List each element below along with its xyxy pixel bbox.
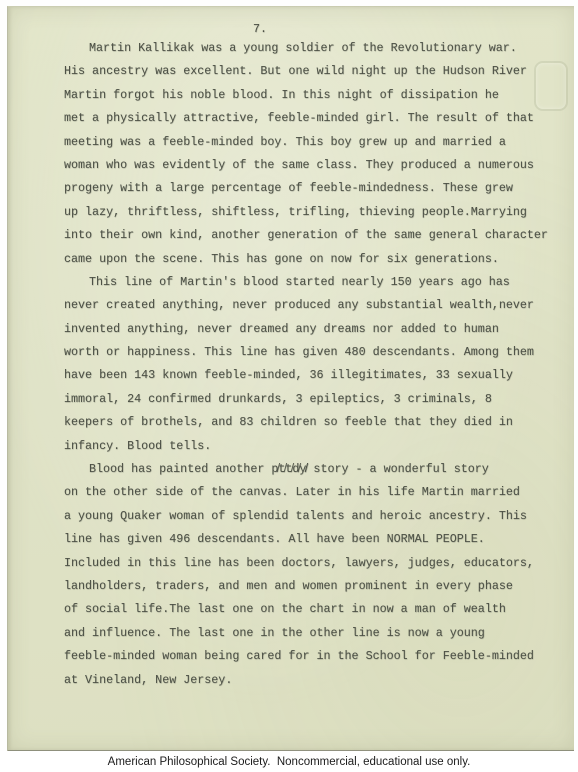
text-line-p2-l3: invented anything, never dreamed any dre… bbox=[64, 318, 564, 341]
text-line-p3-l4: line has given 496 descendants. All have… bbox=[64, 528, 564, 551]
text-line-p2-l6: immoral, 24 confirmed drunkards, 3 epile… bbox=[64, 388, 564, 411]
text-line-p2-l2: never created anything, never produced a… bbox=[64, 294, 564, 317]
text-line-p3-l1: Blood has painted another p̸t̸t̸d̸y̸̸ st… bbox=[64, 458, 564, 481]
text-line-p2-l7: keepers of brothels, and 83 children so … bbox=[64, 411, 564, 434]
text-line-p1-l2: His ancestry was excellent. But one wild… bbox=[64, 60, 564, 83]
copyright-footer: American Philosophical Society. Noncomme… bbox=[0, 751, 578, 772]
text-line-p1-l10: came upon the scene. This has gone on no… bbox=[64, 248, 564, 271]
text-line-p1-l8: up lazy, thriftless, shiftless, trifling… bbox=[64, 201, 564, 224]
text-line-p3-l7: of social life.The last one on the chart… bbox=[64, 598, 564, 621]
text-line-p2-l1: This line of Martin's blood started near… bbox=[64, 271, 564, 294]
text-line-p3-l9: feeble-minded woman being cared for in t… bbox=[64, 645, 564, 668]
text-line-p1-l4: met a physically attractive, feeble-mind… bbox=[64, 107, 564, 130]
text-line-p1-l5: meeting was a feeble-minded boy. This bo… bbox=[64, 131, 564, 154]
typewritten-text-block: Martin Kallikak was a young soldier of t… bbox=[64, 37, 564, 692]
text-line-p3-l8: and influence. The last one in the other… bbox=[64, 622, 564, 645]
text-line-p1-l3: Martin forgot his noble blood. In this n… bbox=[64, 84, 564, 107]
text-line-p1-l6: woman who was evidently of the same clas… bbox=[64, 154, 564, 177]
text-line-p1-l1: Martin Kallikak was a young soldier of t… bbox=[64, 37, 564, 60]
text-line-p2-l8: infancy. Blood tells. bbox=[64, 435, 564, 458]
footer-text: American Philosophical Society. Noncomme… bbox=[108, 756, 471, 768]
scanned-paper: 7. Martin Kallikak was a young soldier o… bbox=[7, 6, 574, 752]
text-line-p3-l3: a young Quaker woman of splendid talents… bbox=[64, 505, 564, 528]
text-line-p1-l7: progeny with a large percentage of feebl… bbox=[64, 177, 564, 200]
text-line-p3-l6: landholders, traders, and men and women … bbox=[64, 575, 564, 598]
text-line-p2-l5: have been 143 known feeble-minded, 36 il… bbox=[64, 364, 564, 387]
text-line-p2-l4: worth or happiness. This line has given … bbox=[64, 341, 564, 364]
text-line-p3-l10: at Vineland, New Jersey. bbox=[64, 669, 564, 692]
text-line-p3-l2: on the other side of the canvas. Later i… bbox=[64, 481, 564, 504]
text-line-p1-l9: into their own kind, another generation … bbox=[64, 224, 564, 247]
text-line-p3-l5: Included in this line has been doctors, … bbox=[64, 552, 564, 575]
page-number: 7. bbox=[253, 22, 267, 36]
